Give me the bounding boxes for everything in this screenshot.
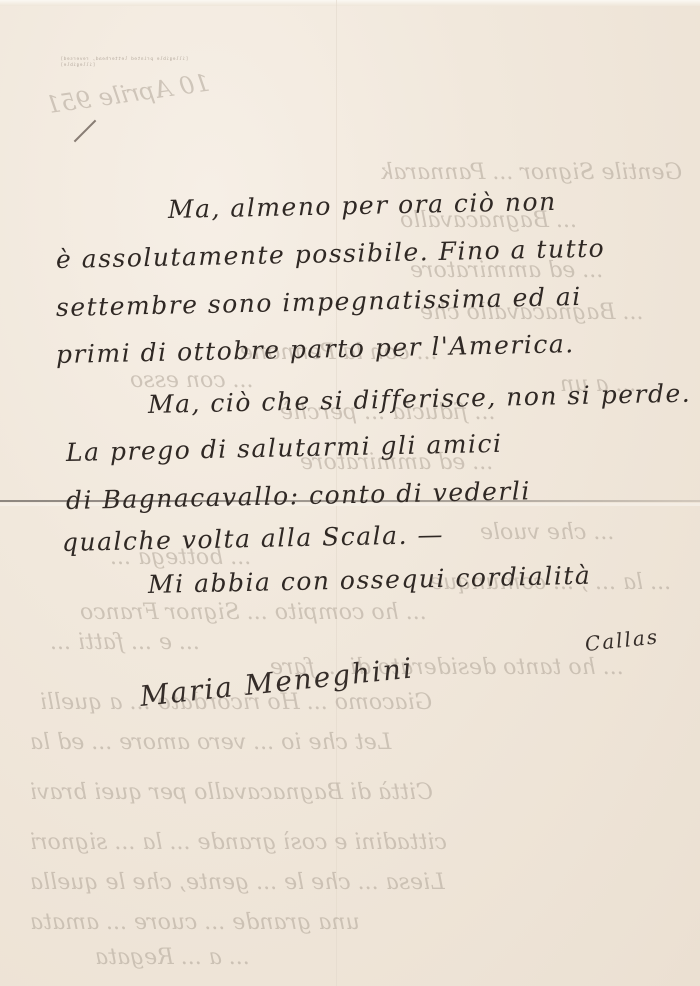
bleed-line: cittadini e così grande ... la ... signo… [30,830,447,855]
signature-surname: Callas [584,624,660,656]
bleed-line: una grande ... cuore ... amata [30,910,360,935]
bleed-line: ... e ... fatti ... [50,630,200,655]
letter-page: [illegible printed letterhead, reversed]… [0,0,700,986]
bleed-line: Gentile Signor ... Pannarak [380,160,682,185]
bleed-line: Città di Bagnacavallo per quei bravi [30,780,433,805]
bleed-line: ... ho compito ... Signor Franco [80,600,427,625]
bleed-line: Let che io ... vero amore ... ed la [30,730,391,755]
letter-line: di Bagnacavallo: conto di vederli [66,476,531,515]
bleed-line: ... a ... Regata [95,945,250,970]
letter-line: qualche volta alla Scala. — [62,520,445,557]
bleed-line: ... che vuole [480,520,614,545]
paper-edge [0,0,700,6]
ink-stroke-mark [74,120,97,143]
bleed-line: Liesa ... che le ... gente, che le quell… [30,870,445,895]
bleed-through-date: 10 Aprile 951 [44,69,212,120]
letter-line: primi di ottobre parto per l'America. [56,329,575,369]
mirrored-letterhead: [illegible printed letterhead, reversed]… [60,57,250,69]
